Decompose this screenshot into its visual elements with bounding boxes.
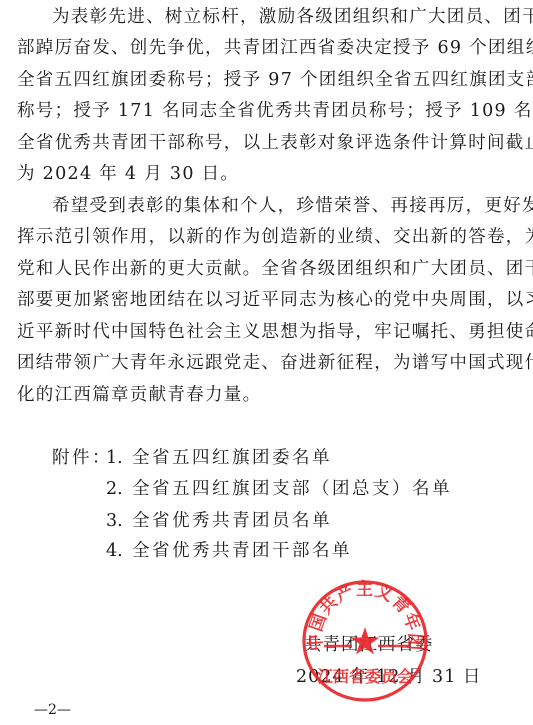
paragraph2-line: 化的江西篇章贡献青春力量。 (17, 380, 507, 410)
attachment-item: 全省优秀共青团干部名单 (132, 536, 352, 566)
attachments-label: 附件： (52, 443, 112, 473)
attachment-number: 2. (106, 474, 123, 504)
signature-date: 2024 年 12 月 31 日 (296, 664, 481, 690)
paragraph2-line: 团结带领广大青年永远跟党走、奋进新征程，为谱写中国式现代 (17, 348, 507, 378)
paragraph1-line: 部踔厉奋发、创先争优，共青团江西省委决定授予 69 个团组织 (17, 33, 507, 63)
signature-org: 共青团江西省委 (304, 632, 434, 658)
attachment-number: 3. (106, 506, 123, 536)
attachment-item: 全省五四红旗团委名单 (132, 443, 332, 473)
paragraph1-line: 全省优秀共青团干部称号，以上表彰对象评选条件计算时间截止 (17, 128, 507, 158)
attachment-item: 全省五四红旗团支部（团总支）名单 (132, 474, 452, 504)
attachment-number: 4. (106, 536, 123, 566)
paragraph2-line: 挥示范引领作用，以新的作为创造新的业绩、交出新的答卷，为 (17, 222, 507, 252)
paragraph2-line: 党和人民作出新的更大贡献。全省各级团组织和广大团员、团干 (17, 254, 507, 284)
paragraph1-line: 为表彰先进、树立标杆，激励各级团组织和广大团员、团干 (52, 2, 507, 32)
document-page: 为表彰先进、树立标杆，激励各级团组织和广大团员、团干 部踔厉奋发、创先争优，共青… (0, 0, 533, 725)
paragraph1-line: 全省五四红旗团委称号；授予 97 个团组织全省五四红旗团支部 (17, 65, 507, 95)
paragraph1-line: 称号；授予 171 名同志全省优秀共青团员称号；授予 109 名同志 (17, 96, 507, 126)
attachment-number: 1. (106, 443, 123, 473)
paragraph2-line: 近平新时代中国特色社会主义思想为指导，牢记嘱托、勇担使命， (17, 317, 507, 347)
attachment-item: 全省优秀共青团员名单 (132, 506, 332, 536)
paragraph2-line: 希望受到表彰的集体和个人，珍惜荣誉、再接再厉，更好发 (52, 191, 507, 221)
paragraph2-line: 部要更加紧密地团结在以习近平同志为核心的党中央周围，以习 (17, 285, 507, 315)
paragraph1-line: 为 2024 年 4 月 30 日。 (17, 159, 507, 189)
page-number: —2— (34, 702, 71, 718)
